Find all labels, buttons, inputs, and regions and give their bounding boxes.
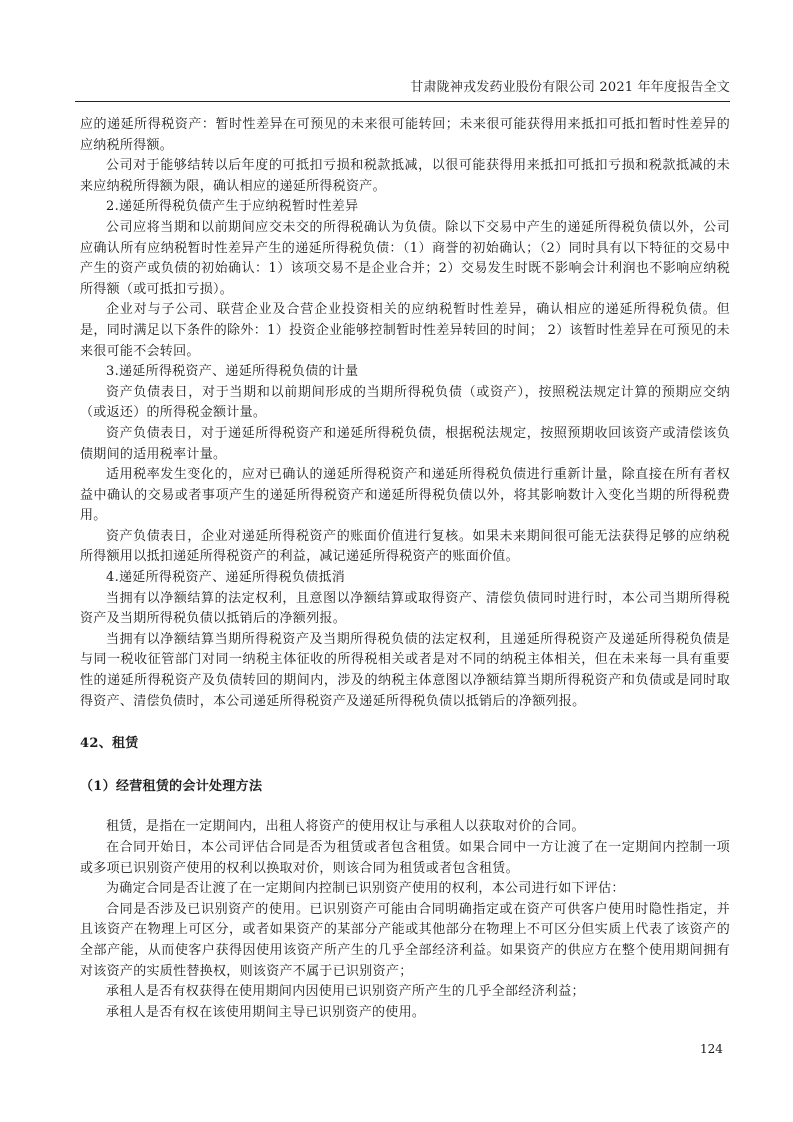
- paragraph: 当拥有以净额结算当期所得税资产及当期所得税负债的法定权利，且递延所得税资产及递延…: [80, 630, 730, 712]
- paragraph: 承租人是否有权获得在使用期间内因使用已识别资产所产生的几乎全部经济利益；: [80, 982, 730, 1003]
- paragraph: 适用税率发生变化的，应对已确认的递延所得税资产和递延所得税负债进行重新计量，除直…: [80, 465, 730, 527]
- paragraph: 资产负债表日，企业对递延所得税资产的账面价值进行复核。如果未来期间很可能无法获得…: [80, 527, 730, 568]
- paragraph-continued: 应的递延所得税资产：暂时性差异在可预见的未来很可能转回；未来很可能获得用来抵扣可…: [80, 115, 730, 156]
- page-header: 甘肃陇神戎发药业股份有限公司 2021 年年度报告全文: [75, 68, 730, 102]
- page-number: 124: [700, 1042, 723, 1056]
- paragraph: 承租人是否有权在该使用期间主导已识别资产的使用。: [80, 1003, 730, 1024]
- report-title: 甘肃陇神戎发药业股份有限公司 2021 年年度报告全文: [410, 76, 730, 95]
- paragraph: 资产负债表日，对于当期和以前期间形成的当期所得税负债（或资产），按照税法规定计算…: [80, 383, 730, 424]
- paragraph: 企业对与子公司、联营企业及合营企业投资相关的应纳税暂时性差异，确认相应的递延所得…: [80, 300, 730, 362]
- paragraph: 公司对于能够结转以后年度的可抵扣亏损和税款抵减，以很可能获得用来抵扣可抵扣亏损和…: [80, 156, 730, 197]
- subheading-offsetting: 4.递延所得税资产、递延所得税负债抵消: [80, 568, 730, 589]
- paragraph: 租赁，是指在一定期间内，出租人将资产的使用权让与承租人以获取对价的合同。: [80, 817, 730, 838]
- subheading-measurement: 3.递延所得税资产、递延所得税负债的计量: [80, 362, 730, 383]
- paragraph: 为确定合同是否让渡了在一定期间内控制已识别资产使用的权利，本公司进行如下评估：: [80, 879, 730, 900]
- sub-section-title-operating-lease: （1）经营租赁的会计处理方法: [80, 777, 730, 798]
- subheading-deferred-tax-liability: 2.递延所得税负债产生于应纳税暂时性差异: [80, 197, 730, 218]
- paragraph: 资产负债表日，对于递延所得税资产和递延所得税负债，根据税法规定，按照预期收回该资…: [80, 424, 730, 465]
- document-body: 应的递延所得税资产：暂时性差异在可预见的未来很可能转回；未来很可能获得用来抵扣可…: [80, 115, 730, 1023]
- paragraph: 合同是否涉及已识别资产的使用。已识别资产可能由合同明确指定或在资产可供客户使用时…: [80, 900, 730, 982]
- paragraph: 当拥有以净额结算的法定权利，且意图以净额结算或取得资产、清偿负债同时进行时，本公…: [80, 589, 730, 630]
- paragraph: 公司应将当期和以前期间应交未交的所得税确认为负债。除以下交易中产生的递延所得税负…: [80, 218, 730, 300]
- section-title-leases: 42、租赁: [80, 734, 730, 755]
- paragraph: 在合同开始日，本公司评估合同是否为租赁或者包含租赁。如果合同中一方让渡了在一定期…: [80, 838, 730, 879]
